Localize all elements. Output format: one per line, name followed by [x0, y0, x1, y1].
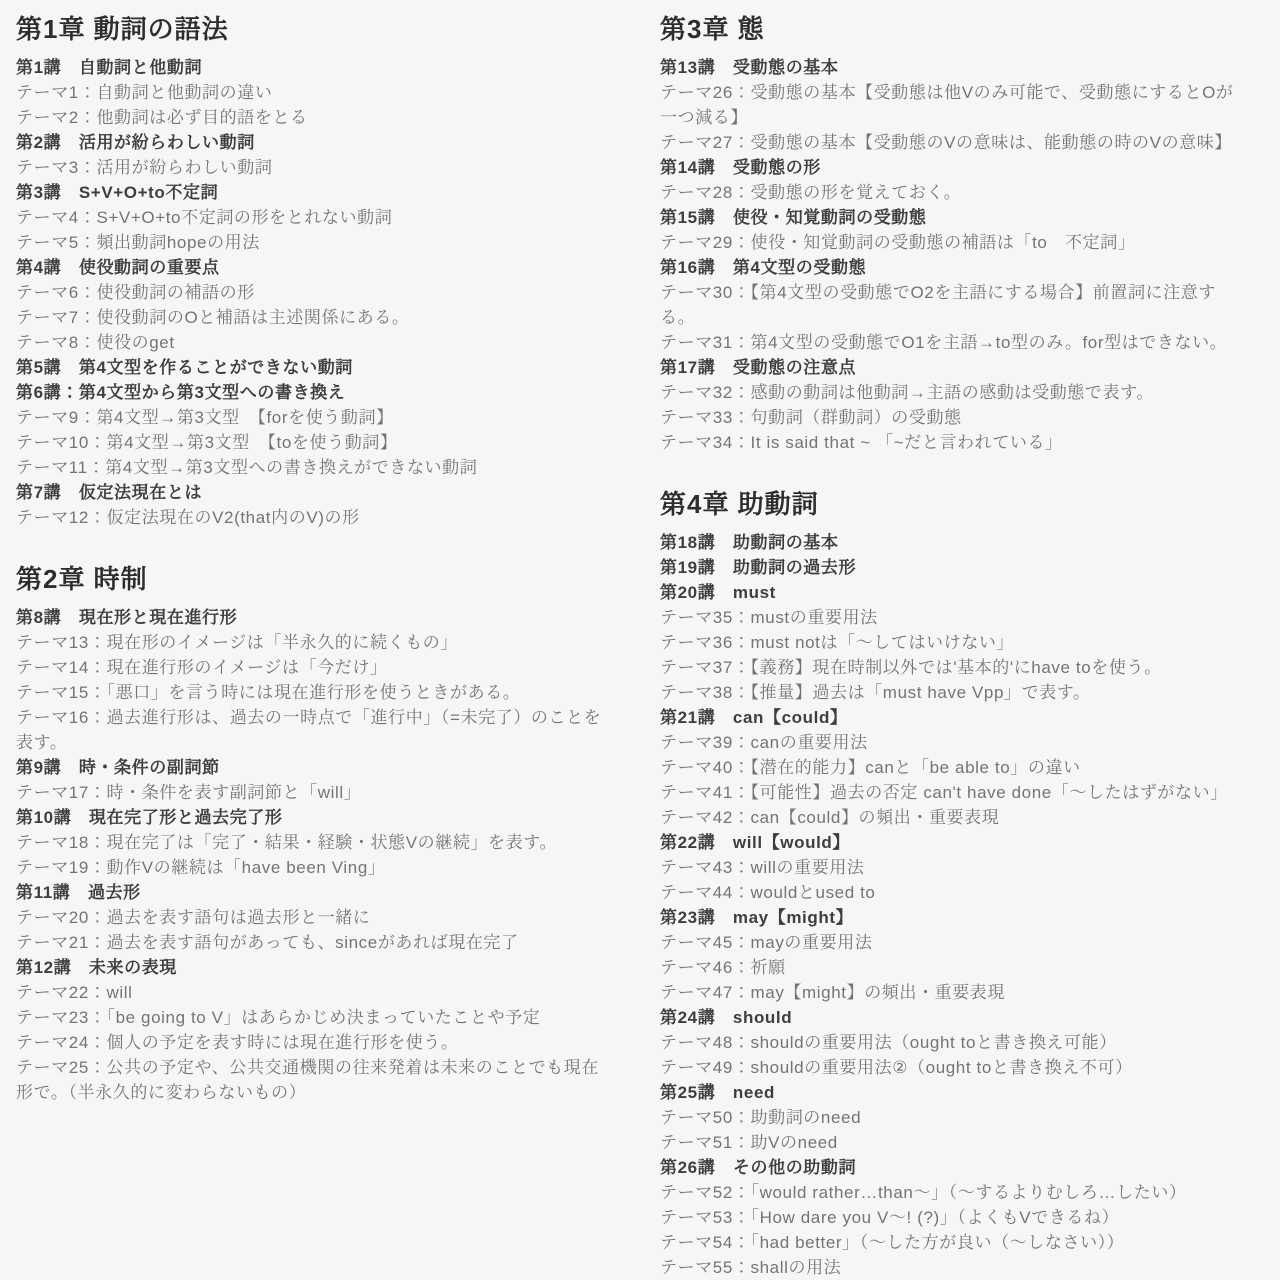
lecture-heading: 第6講：第4文型から第3文型への書き換え [16, 380, 602, 405]
theme-item: テーマ26：受動態の基本【受動態は他Vのみ可能で、受動態にするとOが一つ減る】 [660, 80, 1246, 130]
chapter: 第2章 時制第8講 現在形と現在進行形テーマ13：現在形のイメージは「半永久的に… [16, 564, 602, 1105]
lecture-heading: 第18講 助動詞の基本 [660, 530, 1246, 555]
theme-item: テーマ55：shallの用法 [660, 1255, 1246, 1280]
lecture-heading: 第9講 時・条件の副詞節 [16, 755, 602, 780]
theme-item: テーマ23：「be going to V」はあらかじめ決まっていたことや予定 [16, 1005, 602, 1030]
lecture-heading: 第26講 その他の助動詞 [660, 1155, 1246, 1180]
lecture-heading: 第4講 使役動詞の重要点 [16, 255, 602, 280]
theme-item: テーマ51：助Vのneed [660, 1130, 1246, 1155]
theme-item: テーマ15：「悪口」を言う時には現在進行形を使うときがある。 [16, 680, 602, 705]
theme-item: テーマ29：使役・知覚動詞の受動態の補語は「to 不定詞」 [660, 230, 1246, 255]
theme-item: テーマ11：第4文型→第3文型への書き換えができない動詞 [16, 455, 602, 480]
theme-item: テーマ43：willの重要用法 [660, 855, 1246, 880]
theme-item: テーマ20：過去を表す語句は過去形と一緒に [16, 905, 602, 930]
theme-item: テーマ9：第4文型→第3文型 【forを使う動詞】 [16, 405, 602, 430]
lecture-heading: 第25講 need [660, 1080, 1246, 1105]
lecture-heading: 第20講 must [660, 580, 1246, 605]
theme-item: テーマ39：canの重要用法 [660, 730, 1246, 755]
theme-item: テーマ38：【推量】過去は「must have Vpp」で表す。 [660, 680, 1246, 705]
lecture-heading: 第10講 現在完了形と過去完了形 [16, 805, 602, 830]
theme-item: テーマ22：will [16, 980, 602, 1005]
theme-item: テーマ42：can【could】の頻出・重要表現 [660, 805, 1246, 830]
theme-item: テーマ5：頻出動詞hopeの用法 [16, 230, 602, 255]
lecture-heading: 第16講 第4文型の受動態 [660, 255, 1246, 280]
lecture-heading: 第23講 may【might】 [660, 905, 1246, 930]
column-right: 第3章 態第13講 受動態の基本テーマ26：受動態の基本【受動態は他Vのみ可能で… [660, 14, 1246, 1280]
chapter: 第1章 動詞の語法第1講 自動詞と他動詞テーマ1：自動詞と他動詞の違いテーマ2：… [16, 14, 602, 530]
column-left: 第1章 動詞の語法第1講 自動詞と他動詞テーマ1：自動詞と他動詞の違いテーマ2：… [16, 14, 602, 1280]
lecture-heading: 第21講 can【could】 [660, 705, 1246, 730]
lecture-heading: 第3講 S+V+O+to不定詞 [16, 180, 602, 205]
theme-item: テーマ21：過去を表す語句があっても、sinceがあれば現在完了 [16, 930, 602, 955]
theme-item: テーマ16：過去進行形は、過去の一時点で「進行中」（=未完了）のことを表す。 [16, 705, 602, 755]
theme-item: テーマ14：現在進行形のイメージは「今だけ」 [16, 655, 602, 680]
theme-item: テーマ53：「How dare you V〜! (?)」（よくもVできるね） [660, 1205, 1246, 1230]
lecture-heading: 第2講 活用が紛らわしい動詞 [16, 130, 602, 155]
lecture-heading: 第24講 should [660, 1005, 1246, 1030]
theme-item: テーマ6：使役動詞の補語の形 [16, 280, 602, 305]
theme-item: テーマ4：S+V+O+to不定詞の形をとれない動詞 [16, 205, 602, 230]
theme-item: テーマ41：【可能性】過去の否定 can't have done「〜したはずがな… [660, 780, 1246, 805]
lecture-heading: 第8講 現在形と現在進行形 [16, 605, 602, 630]
lecture-heading: 第14講 受動態の形 [660, 155, 1246, 180]
theme-item: テーマ54：「had better」（〜した方が良い（〜しなさい）） [660, 1230, 1246, 1255]
theme-item: テーマ50：助動詞のneed [660, 1105, 1246, 1130]
theme-item: テーマ47：may【might】の頻出・重要表現 [660, 980, 1246, 1005]
theme-item: テーマ44：wouldとused to [660, 880, 1246, 905]
theme-item: テーマ28：受動態の形を覚えておく。 [660, 180, 1246, 205]
chapter: 第4章 助動詞第18講 助動詞の基本第19講 助動詞の過去形第20講 mustテ… [660, 489, 1246, 1280]
lecture-heading: 第17講 受動態の注意点 [660, 355, 1246, 380]
lecture-heading: 第13講 受動態の基本 [660, 55, 1246, 80]
theme-item: テーマ1：自動詞と他動詞の違い [16, 80, 602, 105]
theme-item: テーマ17：時・条件を表す副詞節と「will」 [16, 780, 602, 805]
lecture-heading: 第12講 未来の表現 [16, 955, 602, 980]
theme-item: テーマ31：第4文型の受動態でO1を主語→to型のみ。for型はできない。 [660, 330, 1246, 355]
chapter-title: 第2章 時制 [16, 564, 602, 594]
theme-item: テーマ52：「would rather…than〜」（〜するよりむしろ…したい） [660, 1180, 1246, 1205]
theme-item: テーマ34：It is said that ~ 「~だと言われている」 [660, 430, 1246, 455]
lecture-heading: 第11講 過去形 [16, 880, 602, 905]
theme-item: テーマ13：現在形のイメージは「半永久的に続くもの」 [16, 630, 602, 655]
theme-item: テーマ27：受動態の基本【受動態のVの意味は、能動態の時のVの意味】 [660, 130, 1246, 155]
theme-item: テーマ45：mayの重要用法 [660, 930, 1246, 955]
theme-item: テーマ30：【第4文型の受動態でO2を主語にする場合】前置詞に注意する。 [660, 280, 1246, 330]
chapter-title: 第3章 態 [660, 14, 1246, 44]
theme-item: テーマ7：使役動詞のOと補語は主述関係にある。 [16, 305, 602, 330]
theme-item: テーマ36：must notは「〜してはいけない」 [660, 630, 1246, 655]
lecture-heading: 第22講 will【would】 [660, 830, 1246, 855]
theme-item: テーマ12：仮定法現在のV2(that内のV)の形 [16, 505, 602, 530]
theme-item: テーマ2：他動詞は必ず目的語をとる [16, 105, 602, 130]
chapter-title: 第4章 助動詞 [660, 489, 1246, 519]
theme-item: テーマ24：個人の予定を表す時には現在進行形を使う。 [16, 1030, 602, 1055]
theme-item: テーマ10：第4文型→第3文型 【toを使う動詞】 [16, 430, 602, 455]
lecture-heading: 第5講 第4文型を作ることができない動詞 [16, 355, 602, 380]
theme-item: テーマ35：mustの重要用法 [660, 605, 1246, 630]
theme-item: テーマ48：shouldの重要用法（ought toと書き換え可能） [660, 1030, 1246, 1055]
theme-item: テーマ37：【義務】現在時制以外では'基本的'にhave toを使う。 [660, 655, 1246, 680]
theme-item: テーマ25：公共の予定や、公共交通機関の往来発着は未来のことでも現在形で。（半永… [16, 1055, 602, 1105]
theme-item: テーマ49：shouldの重要用法②（ought toと書き換え不可） [660, 1055, 1246, 1080]
theme-item: テーマ40：【潜在的能力】canと「be able to」の違い [660, 755, 1246, 780]
lecture-heading: 第1講 自動詞と他動詞 [16, 55, 602, 80]
table-of-contents-page: 第1章 動詞の語法第1講 自動詞と他動詞テーマ1：自動詞と他動詞の違いテーマ2：… [0, 0, 1280, 1280]
theme-item: テーマ3：活用が紛らわしい動詞 [16, 155, 602, 180]
theme-item: テーマ46：祈願 [660, 955, 1246, 980]
theme-item: テーマ33：句動詞（群動詞）の受動態 [660, 405, 1246, 430]
lecture-heading: 第7講 仮定法現在とは [16, 480, 602, 505]
theme-item: テーマ8：使役のget [16, 330, 602, 355]
chapter-title: 第1章 動詞の語法 [16, 14, 602, 44]
theme-item: テーマ32：感動の動詞は他動詞→主語の感動は受動態で表す。 [660, 380, 1246, 405]
lecture-heading: 第19講 助動詞の過去形 [660, 555, 1246, 580]
theme-item: テーマ18：現在完了は「完了・結果・経験・状態Vの継続」を表す。 [16, 830, 602, 855]
lecture-heading: 第15講 使役・知覚動詞の受動態 [660, 205, 1246, 230]
chapter: 第3章 態第13講 受動態の基本テーマ26：受動態の基本【受動態は他Vのみ可能で… [660, 14, 1246, 455]
theme-item: テーマ19：動作Vの継続は「have been Ving」 [16, 855, 602, 880]
